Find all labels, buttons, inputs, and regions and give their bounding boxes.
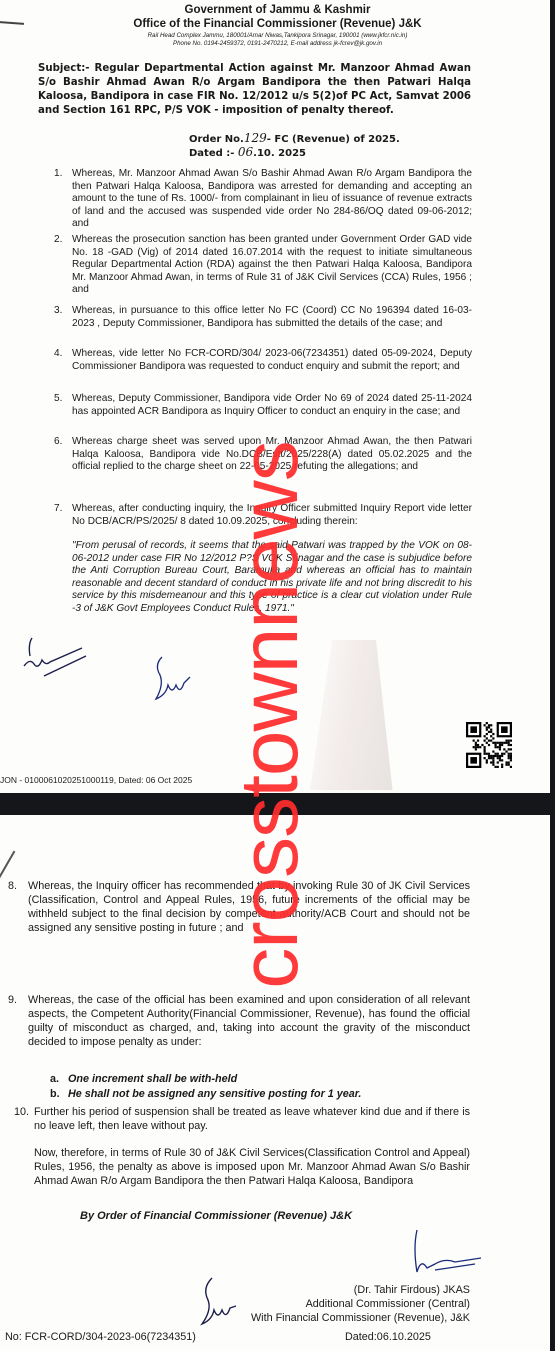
paragraph-number: 6. (54, 436, 62, 449)
paragraph-3: 3.Whereas, in pursuance to this office l… (72, 305, 472, 330)
qr-code (466, 722, 512, 768)
paragraph-number: 10. (14, 1105, 29, 1119)
paragraph-text: Whereas, Mr. Manzoor Ahmad Awan S/o Bash… (72, 168, 472, 229)
paragraph-9: 9. Whereas, the case of the official has… (28, 993, 470, 1049)
paragraph-number: 2. (54, 234, 62, 247)
paragraph-7: 7.Whereas, after conducting inquiry, the… (72, 503, 472, 528)
paragraph-5: 5.Whereas, Deputy Commissioner, Bandipor… (72, 393, 472, 418)
penalty-item: b.He shall not be assigned any sensitive… (50, 1087, 361, 1102)
penalty-list: a.One increment shall be with-held b.He … (50, 1072, 361, 1102)
letterhead-office: Office of the Financial Commissioner (Re… (0, 18, 550, 30)
letterhead-contact: Phone No. 0194-2459372, 0191-2470212, E-… (0, 40, 550, 47)
paragraph-6: 6.Whereas charge sheet was served upon M… (72, 436, 472, 474)
signature-signatory (395, 1228, 485, 1288)
signatory-office: With Financial Commissioner (Revenue), J… (251, 1311, 470, 1325)
paragraph-text: Whereas, after conducting inquiry, the I… (72, 503, 472, 527)
paragraph-number: 7. (54, 503, 62, 516)
penalty-label: a. (50, 1072, 68, 1087)
penalty-text: He shall not be assigned any sensitive p… (68, 1088, 361, 1100)
paragraph-text: Whereas charge sheet was served upon Mr.… (72, 436, 472, 472)
now-therefore-paragraph: Now, therefore, in terms of Rule 30 of J… (34, 1146, 470, 1188)
paragraph-number: 9. (8, 993, 17, 1007)
order-number: 129 (244, 131, 267, 145)
penalty-item: a.One increment shall be with-held (50, 1072, 361, 1087)
inquiry-quote: "From perusal of records, it seems that … (72, 540, 472, 616)
paragraph-10: 10. Further his period of suspension sha… (34, 1105, 470, 1133)
paragraph-text: Whereas, in pursuance to this office let… (72, 305, 472, 329)
dated-label: Dated :- (189, 148, 234, 159)
page-separator (0, 793, 555, 815)
paragraph-text: Whereas the prosecution sanction has bee… (72, 234, 472, 295)
subject-line: Subject:- Regular Departmental Action ag… (38, 62, 471, 118)
order-number-block: Order No.129- FC (Revenue) of 2025. Date… (189, 132, 400, 160)
paragraph-text: Whereas, vide letter No FCR-CORD/304/ 20… (72, 348, 472, 372)
paragraph-text: Whereas, the case of the official has be… (28, 994, 470, 1048)
document-page-1: Government of Jammu & Kashmir Office of … (0, 0, 550, 793)
paragraph-4: 4.Whereas, vide letter No FCR-CORD/304/ … (72, 348, 472, 373)
order-day: 06 (238, 145, 253, 159)
paragraph-1: 1.Whereas, Mr. Manzoor Ahmad Awan S/o Ba… (72, 168, 472, 231)
reference-date: Dated:06.10.2025 (345, 1331, 431, 1343)
letterhead-address: Rail Head Complex Jammu, 180001/Amar Niw… (0, 32, 550, 39)
by-order-line: By Order of Financial Commissioner (Reve… (80, 1210, 352, 1222)
signature-initials-center (150, 655, 195, 705)
reference-number: No: FCR-CORD/304-2023-06(7234351) (5, 1331, 196, 1343)
dated-value: .10. 2025 (253, 148, 306, 159)
signatory-name: (Dr. Tahir Firdous) JKAS (251, 1283, 470, 1297)
paragraph-number: 1. (54, 168, 62, 181)
signatory-block: (Dr. Tahir Firdous) JKAS Additional Comm… (251, 1283, 470, 1325)
paragraph-2: 2.Whereas the prosecution sanction has b… (72, 234, 472, 297)
screen-edge (550, 0, 555, 1351)
paragraph-number: 8. (8, 879, 17, 893)
penalty-text: One increment shall be with-held (68, 1073, 237, 1085)
order-suffix: - FC (Revenue) of 2025. (267, 134, 400, 145)
photo-shadow (310, 640, 420, 790)
signatory-designation: Additional Commissioner (Central) (251, 1297, 470, 1311)
paragraph-text: Whereas, Deputy Commissioner, Bandipora … (72, 393, 472, 417)
signature-initials-left (20, 636, 90, 686)
signature-initials-bottom (198, 1276, 238, 1332)
paragraph-text: Whereas, the Inquiry officer has recomme… (28, 880, 470, 934)
penalty-label: b. (50, 1087, 68, 1102)
document-jon-footer: JON - 0100061020251000119, Dated: 06 Oct… (0, 775, 192, 785)
order-label: Order No. (189, 134, 244, 145)
paragraph-number: 4. (54, 348, 62, 361)
paragraph-number: 3. (54, 305, 62, 318)
paragraph-number: 5. (54, 393, 62, 406)
paragraph-8: 8. Whereas, the Inquiry officer has reco… (28, 879, 470, 935)
letterhead-government: Government of Jammu & Kashmir (0, 4, 550, 16)
paragraph-text: Further his period of suspension shall b… (34, 1106, 470, 1132)
